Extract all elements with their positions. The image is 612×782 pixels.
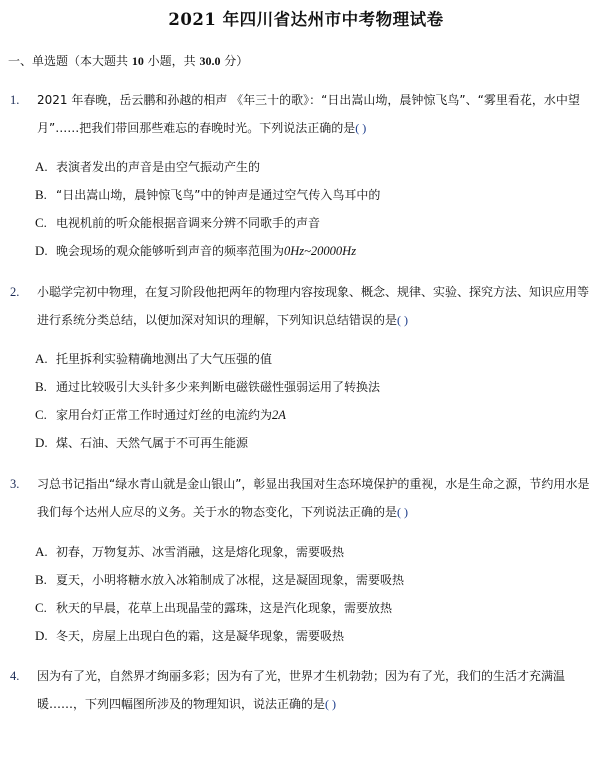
section-prefix: 一、单选题（本大题共 (8, 54, 132, 68)
option-letter: C. (35, 600, 56, 616)
option-3b: B.夏天，小明将糖水放入冰箱制成了冰棍，这是凝固现象，需要吸热 (35, 572, 404, 588)
option-3a: A.初春，万物复苏、冰雪消融，这是熔化现象，需要吸热 (35, 544, 344, 560)
answer-blank: ( ) (355, 121, 366, 135)
option-letter: C. (35, 407, 56, 423)
option-math: 0Hz~20000Hz (284, 244, 356, 258)
option-text: 初春，万物复苏、冰雪消融，这是熔化现象，需要吸热 (56, 545, 344, 559)
option-letter: B. (35, 572, 56, 588)
option-2a: A.托里拆利实验精确地测出了大气压强的值 (35, 351, 272, 367)
option-text: 煤、石油、天然气属于不可再生能源 (56, 436, 248, 450)
question-number: 3. (10, 470, 19, 498)
option-1d: D.晚会现场的观众能够听到声音的频率范围为0Hz~20000Hz (35, 243, 356, 259)
question-text: 2021 年春晚，岳云鹏和孙越的相声 《年三十的歌》：“日出嵩山坳，晨钟惊飞鸟”… (37, 93, 580, 135)
option-math: 2A (272, 408, 286, 422)
question-text: 小聪学完初中物理，在复习阶段他把两年的物理内容按现象、概念、规律、实验、探究方法… (37, 285, 589, 327)
option-letter: A. (35, 351, 56, 367)
option-letter: B. (35, 379, 56, 395)
option-2d: D.煤、石油、天然气属于不可再生能源 (35, 435, 248, 451)
option-1b: B.“日出嵩山坳，晨钟惊飞鸟”中的钟声是通过空气传入鸟耳中的 (35, 187, 380, 203)
option-3d: D.冬天，房屋上出现白色的霜，这是凝华现象，需要吸热 (35, 628, 344, 644)
question-3: 3. 习总书记指出“绿水青山就是金山银山”，彰显出我国对生态环境保护的重视，水是… (10, 470, 600, 526)
option-text: 晚会现场的观众能够听到声音的频率范围为 (56, 244, 284, 258)
option-1a: A.表演者发出的声音是由空气振动产生的 (35, 159, 260, 175)
option-text: “日出嵩山坳，晨钟惊飞鸟”中的钟声是通过空气传入鸟耳中的 (56, 188, 380, 202)
option-text: 冬天，房屋上出现白色的霜，这是凝华现象，需要吸热 (56, 629, 344, 643)
section-score: 30.0 (199, 54, 220, 68)
question-text: 因为有了光，自然界才绚丽多彩；因为有了光，世界才生机勃勃；因为有了光，我们的生活… (37, 669, 565, 711)
option-text: 通过比较吸引大头针多少来判断电磁铁磁性强弱运用了转换法 (56, 380, 380, 394)
question-count: 10 (132, 54, 144, 68)
option-letter: D. (35, 243, 56, 259)
question-number: 2. (10, 278, 19, 306)
question-number: 4. (10, 662, 19, 690)
question-1: 1. 2021 年春晚，岳云鹏和孙越的相声 《年三十的歌》：“日出嵩山坳，晨钟惊… (10, 86, 600, 142)
answer-blank: ( ) (325, 697, 336, 711)
answer-blank: ( ) (397, 505, 408, 519)
answer-blank: ( ) (397, 313, 408, 327)
question-text: 习总书记指出“绿水青山就是金山银山”，彰显出我国对生态环境保护的重视，水是生命之… (37, 477, 589, 519)
option-letter: C. (35, 215, 56, 231)
option-3c: C.秋天的早晨，花草上出现晶莹的露珠，这是汽化现象，需要放热 (35, 600, 392, 616)
option-text: 秋天的早晨，花草上出现晶莹的露珠，这是汽化现象，需要放热 (56, 601, 392, 615)
option-text: 家用台灯正常工作时通过灯丝的电流约为 (56, 408, 272, 422)
option-text: 表演者发出的声音是由空气振动产生的 (56, 160, 260, 174)
option-letter: A. (35, 544, 56, 560)
option-letter: A. (35, 159, 56, 175)
section-heading: 一、单选题（本大题共 10 小题，共 30.0 分） (8, 52, 248, 69)
question-number: 1. (10, 86, 19, 114)
document-title: 2021 年四川省达州市中考物理试卷 (0, 6, 612, 30)
option-1c: C.电视机前的听众能根据音调来分辨不同歌手的声音 (35, 215, 320, 231)
option-text: 电视机前的听众能根据音调来分辨不同歌手的声音 (56, 216, 320, 230)
option-text: 托里拆利实验精确地测出了大气压强的值 (56, 352, 272, 366)
question-2: 2. 小聪学完初中物理，在复习阶段他把两年的物理内容按现象、概念、规律、实验、探… (10, 278, 600, 334)
option-2b: B.通过比较吸引大头针多少来判断电磁铁磁性强弱运用了转换法 (35, 379, 380, 395)
option-letter: D. (35, 435, 56, 451)
option-2c: C.家用台灯正常工作时通过灯丝的电流约为2A (35, 407, 286, 423)
option-letter: B. (35, 187, 56, 203)
option-text: 夏天，小明将糖水放入冰箱制成了冰棍，这是凝固现象，需要吸热 (56, 573, 404, 587)
question-4: 4. 因为有了光，自然界才绚丽多彩；因为有了光，世界才生机勃勃；因为有了光，我们… (10, 662, 600, 718)
section-middle: 小题，共 (144, 54, 200, 68)
option-letter: D. (35, 628, 56, 644)
section-suffix: 分） (220, 54, 248, 68)
